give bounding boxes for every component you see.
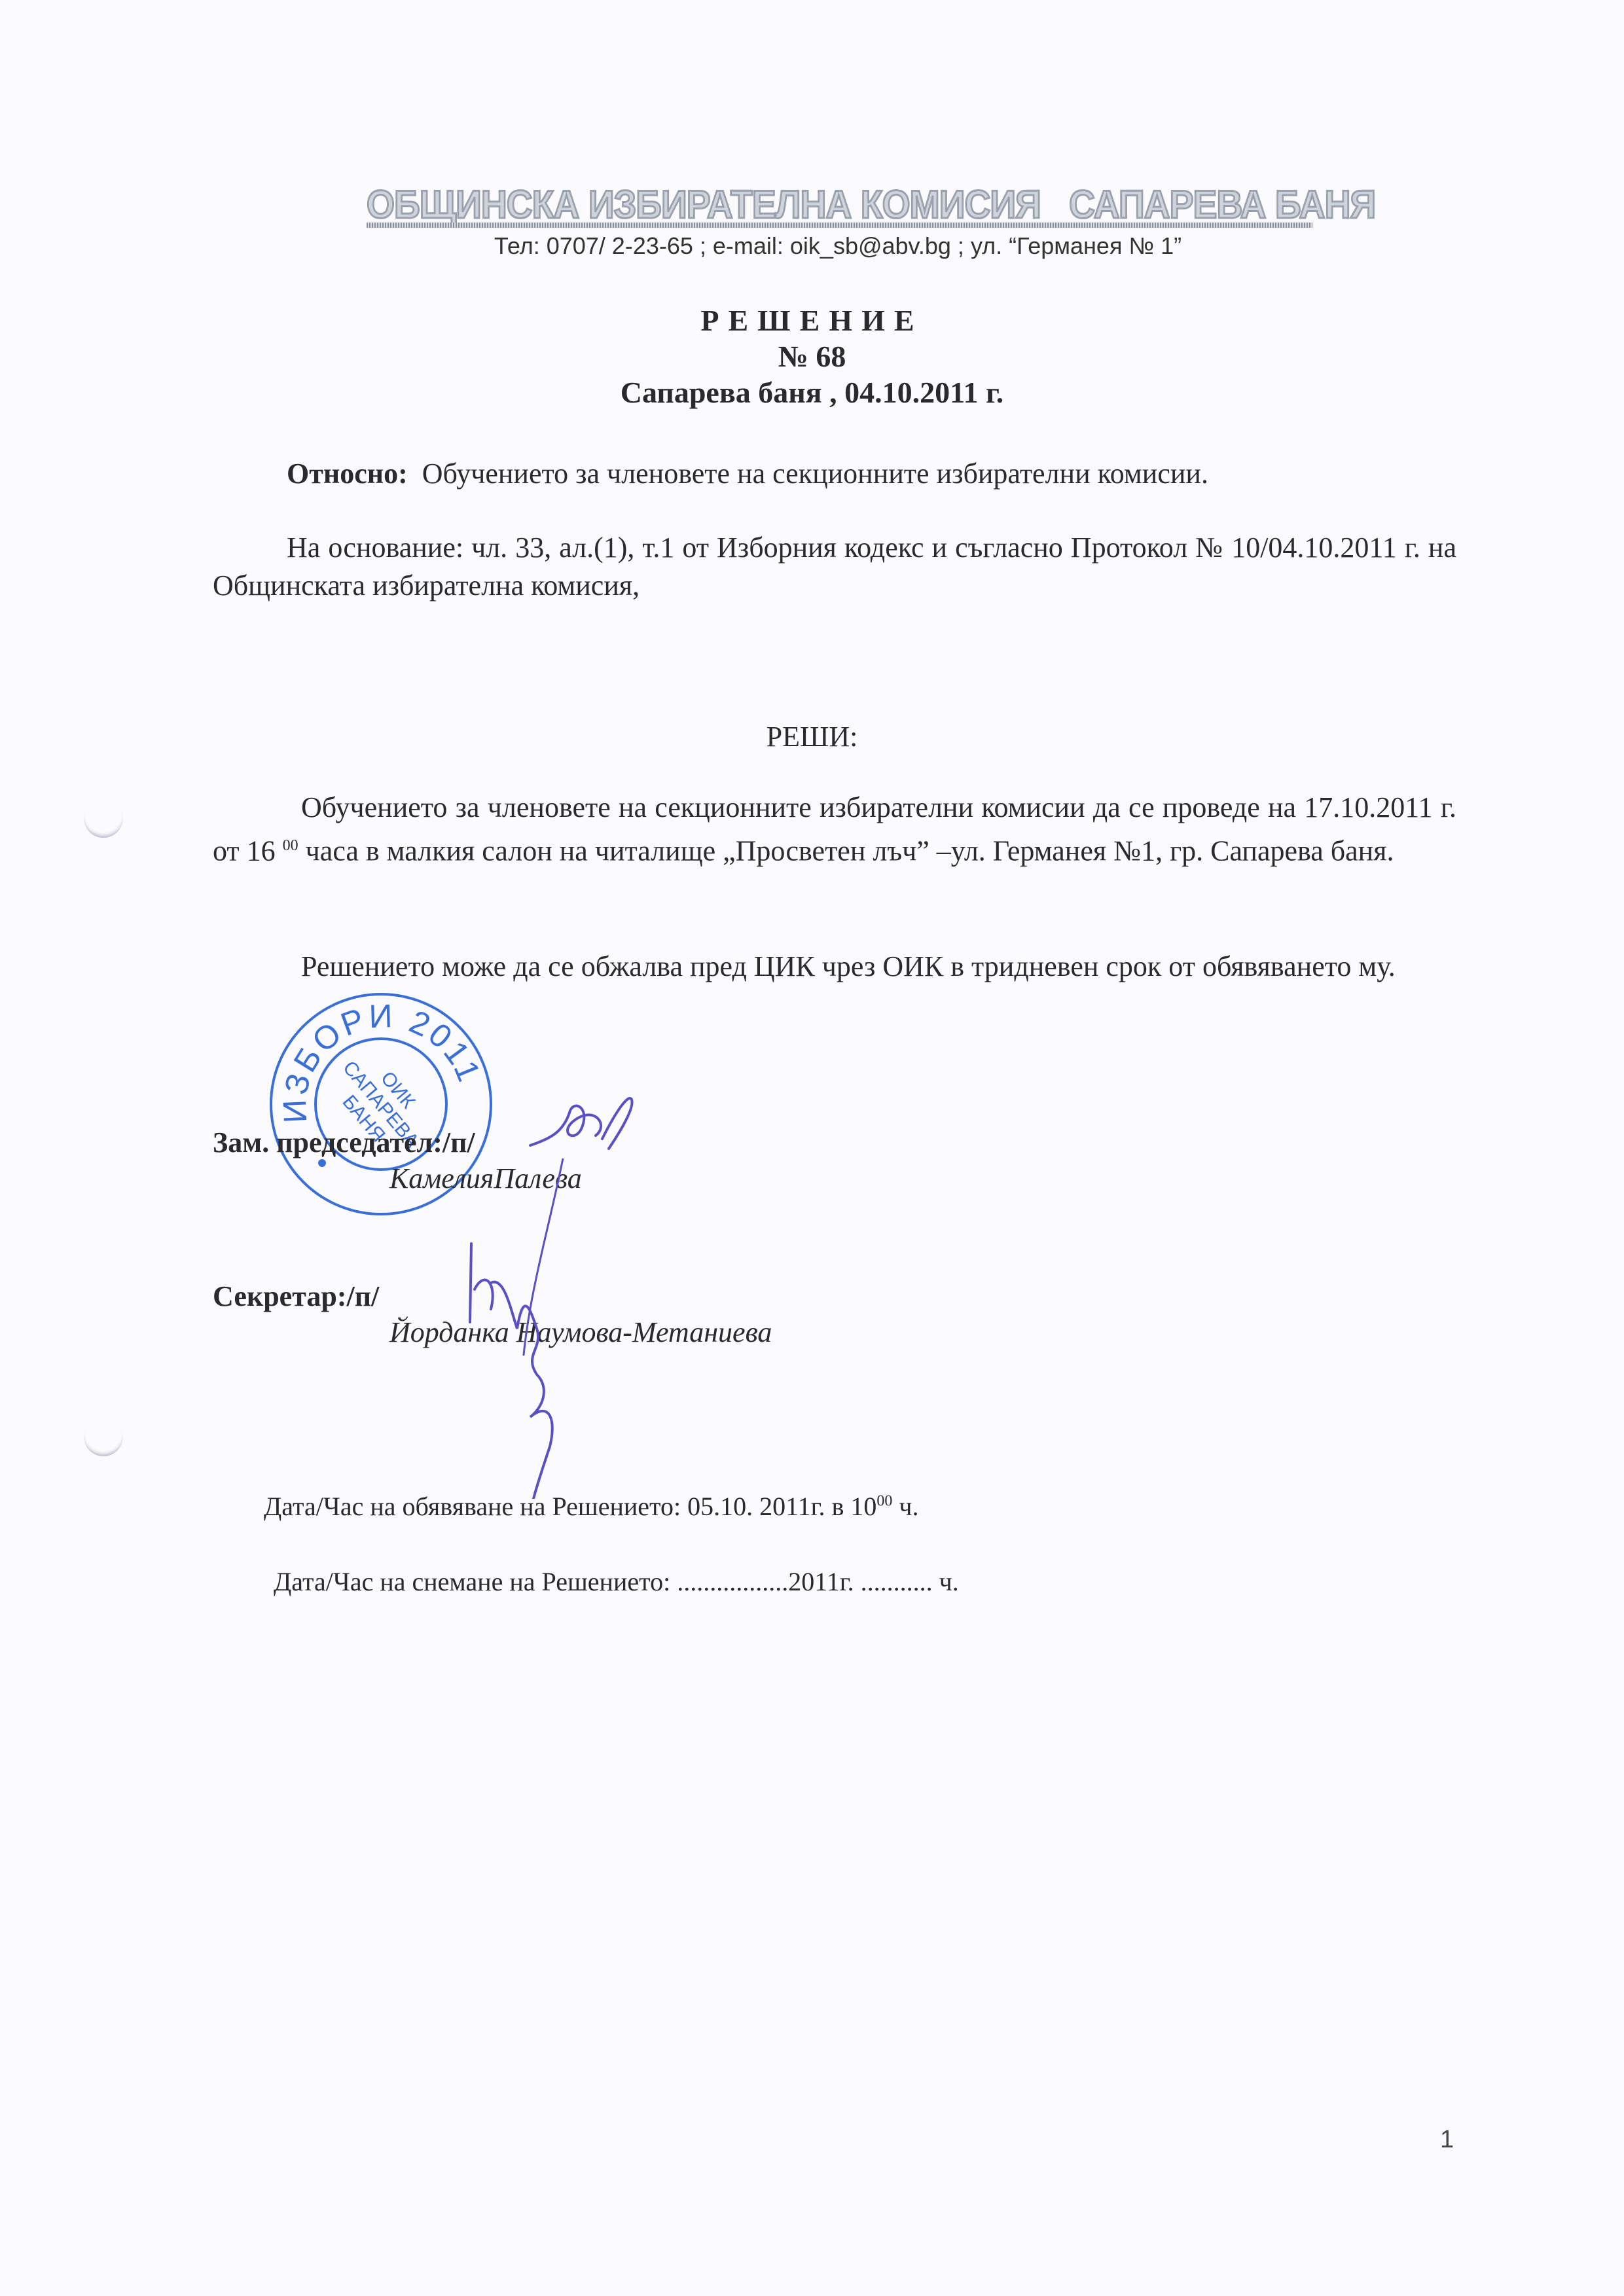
announcement-removed: Дата/Час на снемане на Решението: ......… [274,1566,959,1597]
subject-line: Относно: Обучението за членовете на секц… [287,455,1465,493]
subject-text: Обучението за членовете на секционните и… [422,457,1208,490]
letterhead-contact: Тел: 0707/ 2-23-65 ; e-mail: oik_sb@abv.… [367,232,1309,260]
decision-time-sup: 00 [283,837,298,854]
decision-part2: часа в малкия салон на читалище „Просвет… [298,835,1394,867]
punch-hole-lower [84,1417,123,1456]
signatory-name-deputy-chair: КамелияПалева [389,1162,582,1195]
signatory-name-secretary: Йорданка Наумова-Метаниева [389,1316,772,1349]
announcement-posted-sup: 00 [876,1493,892,1510]
document-number: № 68 [0,339,1624,374]
letterhead-organization: ОБЩИНСКА ИЗБИРАТЕЛНА КОМИСИЯ САПАРЕВА БА… [367,182,1234,227]
letterhead-rule [367,223,1312,228]
decision-text: Обучението за членовете на секционните и… [213,789,1456,870]
page-number: 1 [1440,2126,1454,2154]
announcement-posted-label: Дата/Час на обявяване на Решението: 05.1… [264,1492,876,1521]
signatory-role-secretary: Секретар:/п/ [213,1280,379,1313]
document-type: РЕШЕНИЕ [0,303,1624,338]
announcement-posted: Дата/Час на обявяване на Решението: 05.1… [264,1491,919,1522]
legal-basis: На основание: чл. 33, ал.(1), т.1 от Изб… [213,529,1456,605]
signatory-role-deputy-chair: Зам. председател:/п/ [213,1126,475,1159]
decided-heading: РЕШИ: [0,720,1624,753]
appeal-notice: Решението може да се обжалва пред ЦИК чр… [213,948,1456,986]
document-place-date: Сапарева баня , 04.10.2011 г. [0,375,1624,410]
punch-hole-upper [84,798,123,838]
signature-deputy-chair [524,1086,641,1165]
subject-label: Относно: [287,457,408,490]
announcement-posted-suffix: ч. [892,1492,918,1521]
